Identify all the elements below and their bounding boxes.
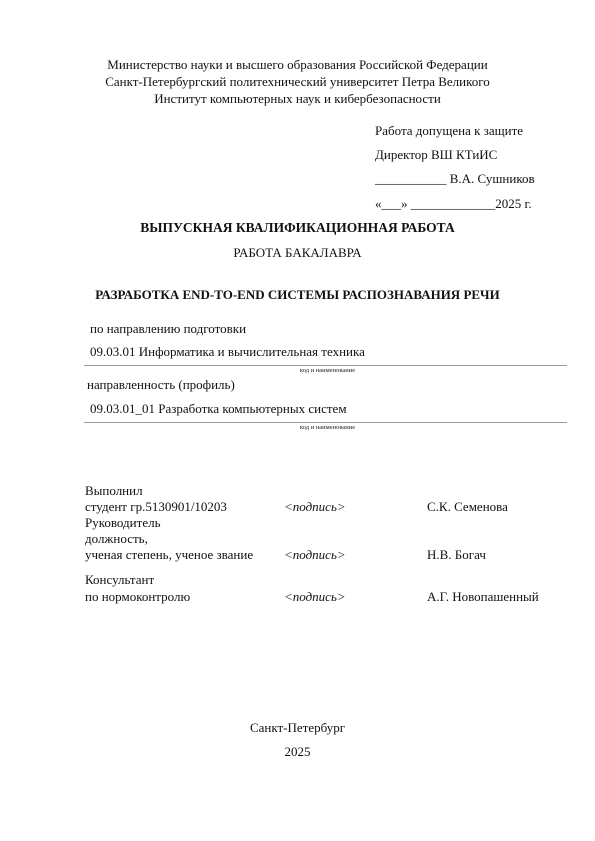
profile-label: направленность (профиль) xyxy=(87,376,235,393)
consultant-name: А.Г. Новопашенный xyxy=(427,589,539,605)
direction-label: по направлению подготовки xyxy=(90,320,246,337)
consultant-signature-placeholder: <подпись> xyxy=(284,589,346,605)
consultant-role-line1: Консультант xyxy=(85,572,154,588)
degree-title: РАБОТА БАКАЛАВРА xyxy=(0,244,595,261)
ministry-line: Министерство науки и высшего образования… xyxy=(0,56,595,73)
topic-title: РАЗРАБОТКА END-TO-END СИСТЕМЫ РАСПОЗНАВА… xyxy=(0,286,595,303)
supervisor-role-line2: должность, xyxy=(85,531,148,547)
supervisor-name: Н.В. Богач xyxy=(427,547,486,563)
profile-divider xyxy=(84,422,567,423)
work-type-title: ВЫПУСКНАЯ КВАЛИФИКАЦИОННАЯ РАБОТА xyxy=(0,219,595,236)
student-role-line1: Выполнил xyxy=(85,483,143,499)
director-text: Директор ВШ КТиИС xyxy=(375,146,497,163)
profile-value: 09.03.01_01 Разработка компьютерных сист… xyxy=(90,400,347,417)
university-line: Санкт-Петербургский политехнический унив… xyxy=(0,73,595,90)
consultant-role-line2: по нормоконтролю xyxy=(85,589,190,605)
supervisor-signature-placeholder: <подпись> xyxy=(284,547,346,563)
approval-date-line: «___» _____________2025 г. xyxy=(375,195,532,212)
direction-caption: код и наименование xyxy=(30,367,595,375)
student-role-line2: студент гр.5130901/10203 xyxy=(85,499,227,515)
profile-caption: код и наименование xyxy=(30,424,595,432)
supervisor-role-line3: ученая степень, ученое звание xyxy=(85,547,253,563)
student-name: С.К. Семенова xyxy=(427,499,508,515)
admitted-text: Работа допущена к защите xyxy=(375,122,523,139)
footer-year: 2025 xyxy=(0,743,595,760)
direction-divider xyxy=(84,365,567,366)
direction-value: 09.03.01 Информатика и вычислительная те… xyxy=(90,343,365,360)
footer-city: Санкт-Петербург xyxy=(0,719,595,736)
director-signature-line: ___________ В.А. Сушников xyxy=(375,170,535,187)
student-signature-placeholder: <подпись> xyxy=(284,499,346,515)
supervisor-role-line1: Руководитель xyxy=(85,515,161,531)
institute-line: Институт компьютерных наук и кибербезопа… xyxy=(0,90,595,107)
